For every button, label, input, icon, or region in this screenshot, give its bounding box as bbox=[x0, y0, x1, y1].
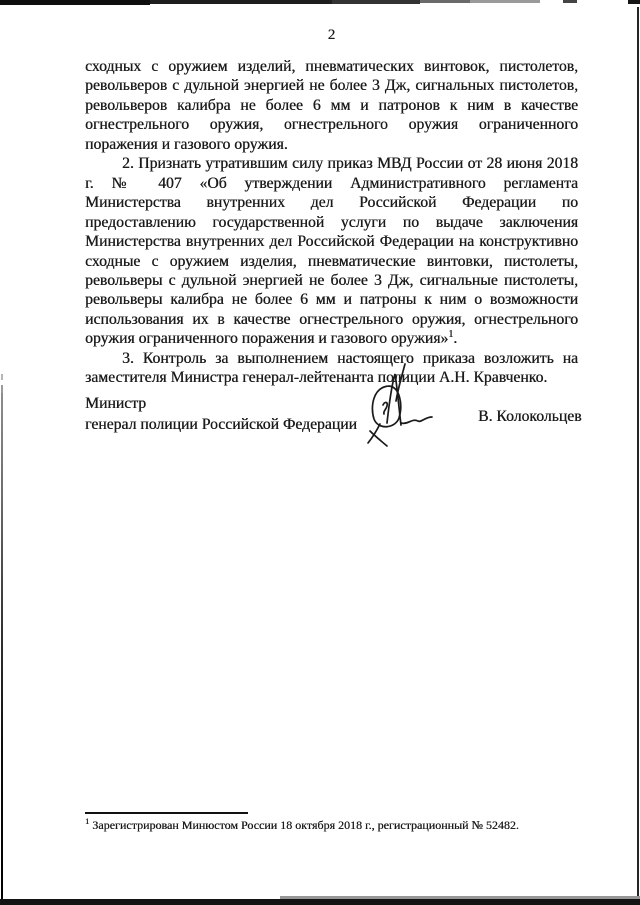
scan-artifact-top-border bbox=[0, 0, 150, 5]
paragraph: 3. Контроль за выполнением настоящего пр… bbox=[85, 349, 578, 388]
scan-artifact-top-border bbox=[470, 0, 540, 3]
footnote-text: Зарегистрирован Минюстом России 18 октяб… bbox=[92, 818, 519, 832]
paragraph-text: 3. Контроль за выполнением настоящего пр… bbox=[85, 350, 578, 386]
scan-artifact-right-border bbox=[637, 7, 639, 905]
scan-artifact-top-border bbox=[332, 0, 420, 4]
paragraph: 2. Признать утратившим силу приказ МВД Р… bbox=[85, 154, 578, 349]
scan-artifact-top-border bbox=[420, 0, 470, 3]
paragraph-text: . bbox=[453, 330, 457, 347]
scan-artifact-left-border bbox=[1, 374, 3, 380]
scan-artifact-top-border bbox=[563, 0, 577, 3]
handwritten-signature-icon bbox=[356, 361, 464, 453]
signatory-name: В. Колокольцев bbox=[478, 408, 582, 426]
scan-artifact-left-border bbox=[1, 385, 3, 393]
footnote-separator bbox=[85, 812, 248, 814]
paragraph-text: 2. Признать утратившим силу приказ МВД Р… bbox=[85, 155, 578, 347]
scan-artifact-bottom-border bbox=[0, 899, 640, 905]
signatory-title-line: генерал полиции Российской Федерации bbox=[85, 415, 357, 436]
footnote: 1 Зарегистрирован Минюстом России 18 окт… bbox=[85, 818, 578, 833]
footnote-marker: 1 bbox=[85, 816, 89, 826]
paragraph-text: сходных с оружием изделий, пневматически… bbox=[85, 58, 578, 153]
document-body: сходных с оружием изделий, пневматически… bbox=[85, 57, 578, 388]
page-number: 2 bbox=[85, 27, 578, 44]
signatory-title-line: Министр bbox=[85, 394, 357, 415]
signatory-title: Министр генерал полиции Российской Федер… bbox=[85, 394, 357, 435]
document-page: 2 сходных с оружием изделий, пневматичес… bbox=[0, 0, 640, 905]
scan-artifact-top-border bbox=[150, 0, 332, 4]
scan-artifact-left-border bbox=[1, 393, 3, 905]
paragraph: сходных с оружием изделий, пневматически… bbox=[85, 57, 578, 154]
scan-artifact-top-border bbox=[628, 0, 640, 4]
